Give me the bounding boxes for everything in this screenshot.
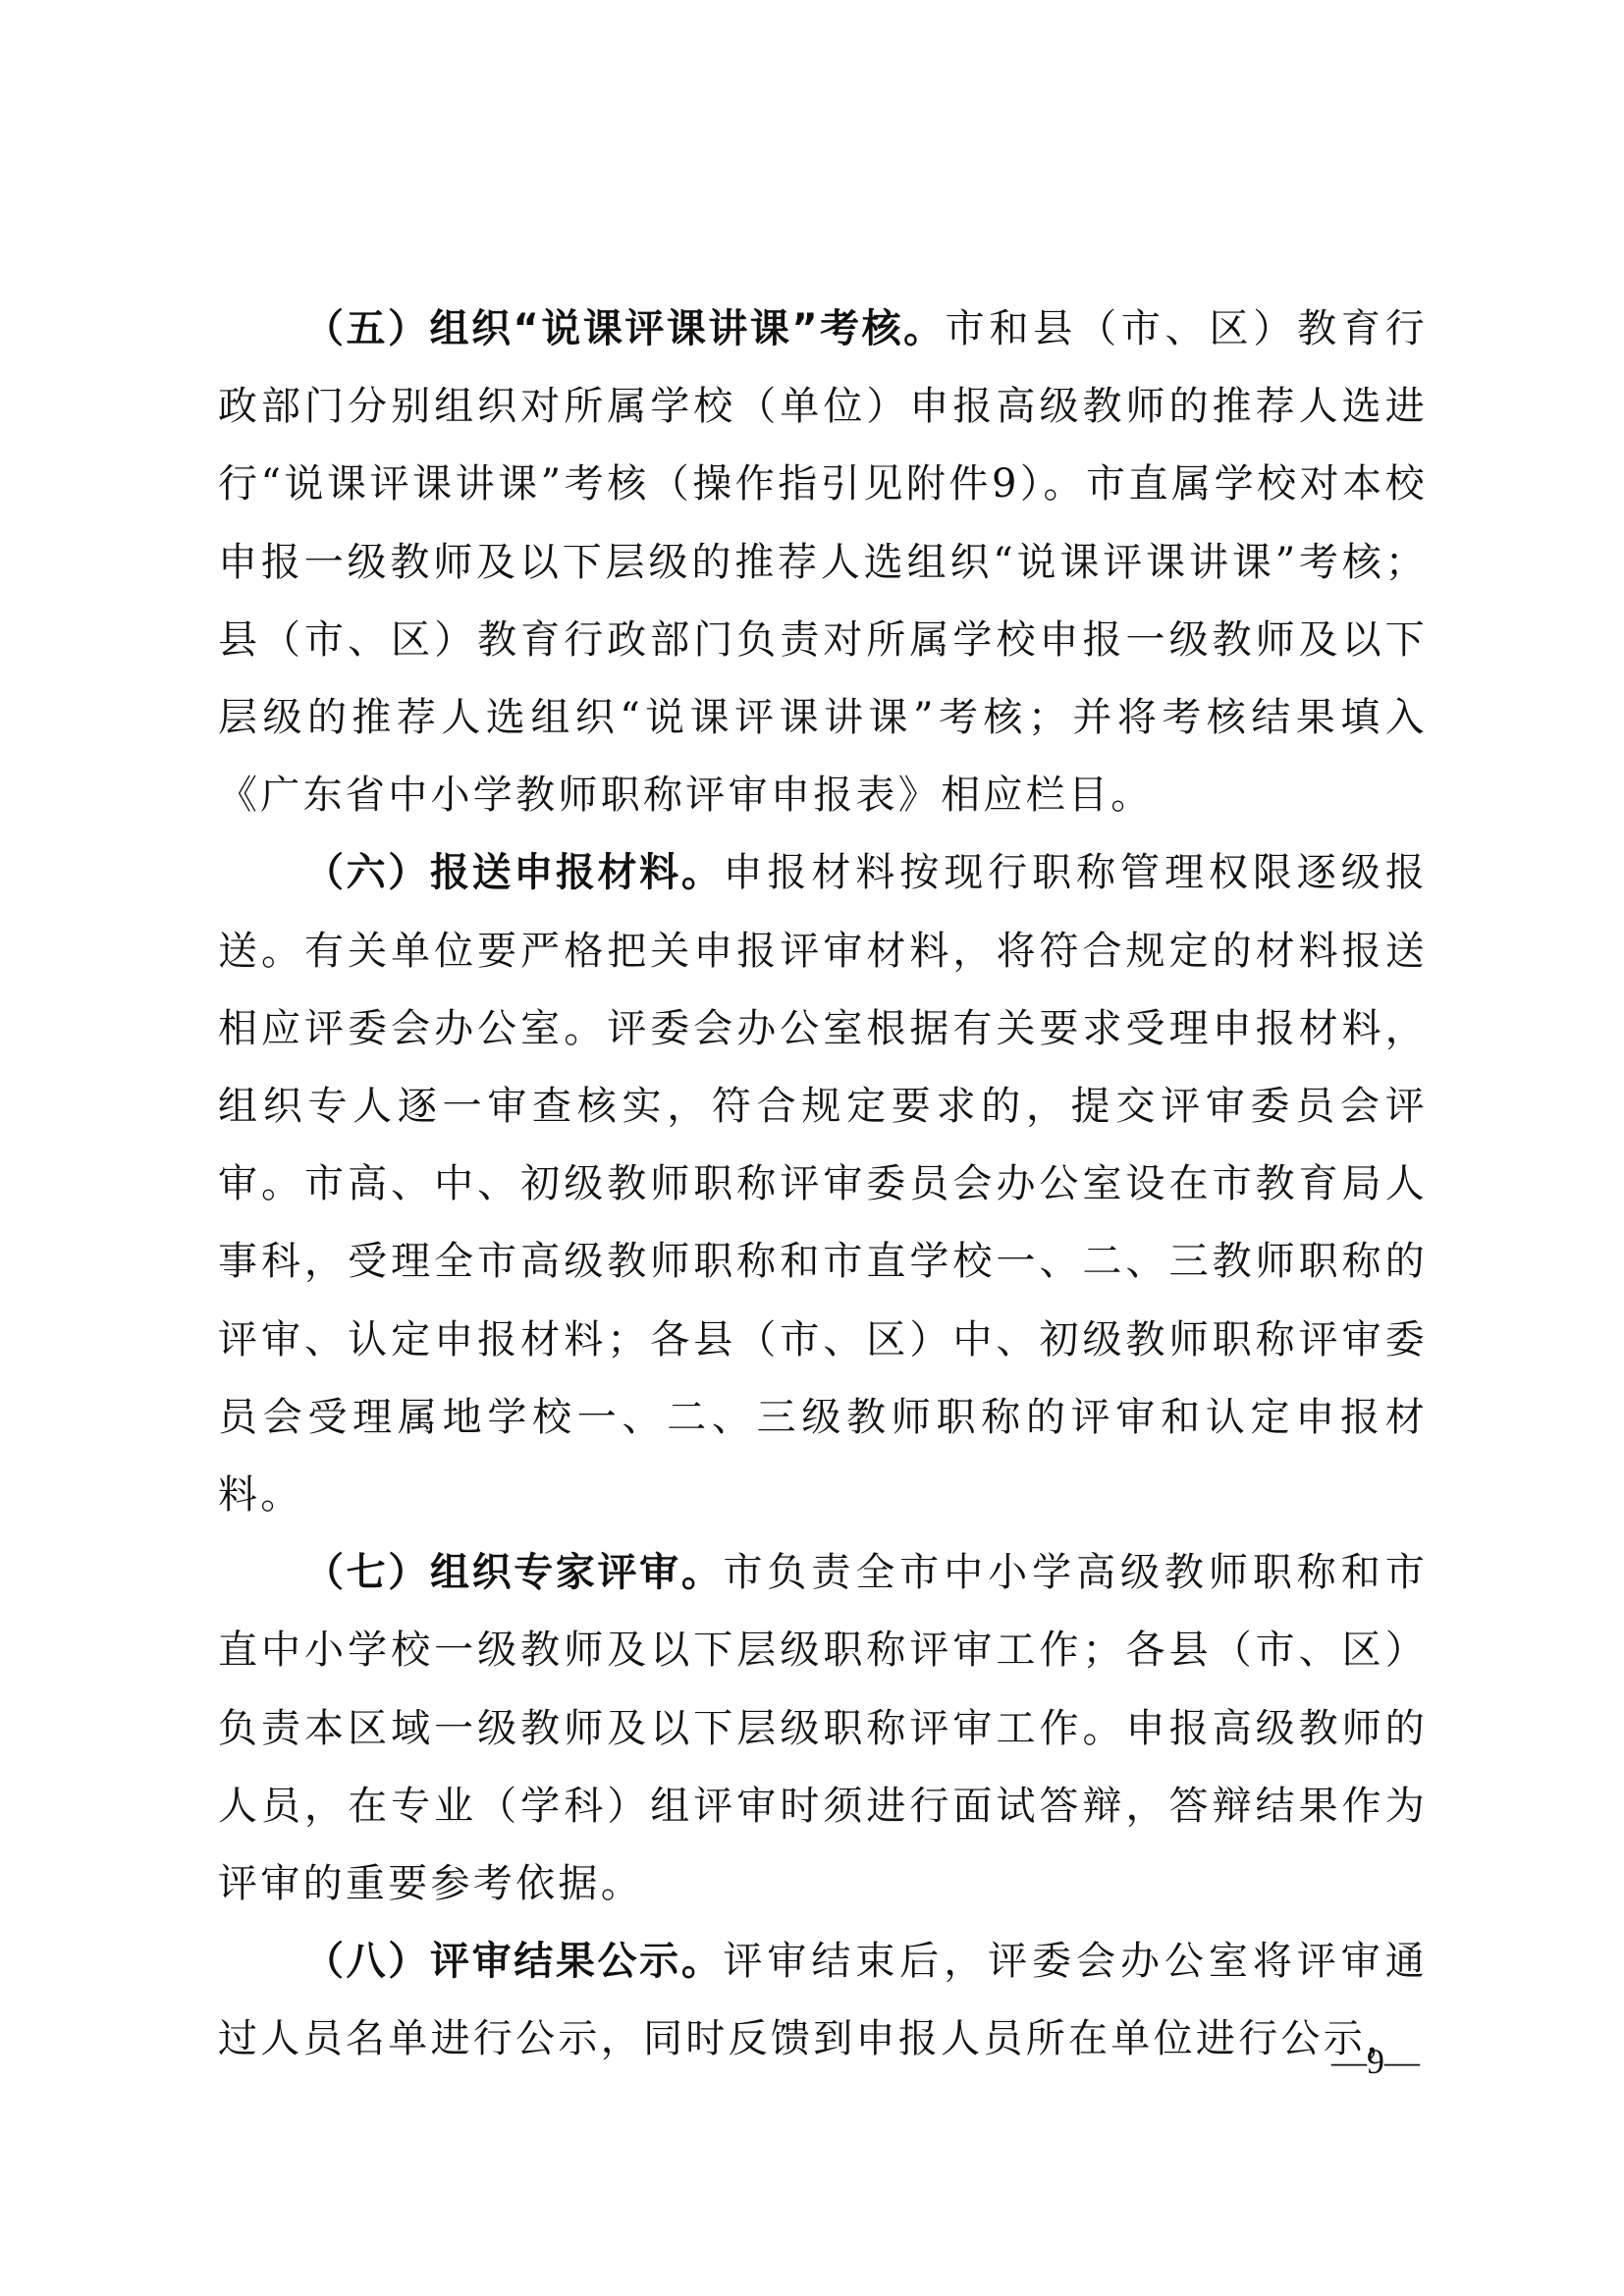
paragraph-organize-lecture-assessment: （五）组织“说课评课讲课”考核。市和县（市、区）教育行政部门分别组织对所属学校（… xyxy=(218,291,1428,834)
document-page: （五）组织“说课评课讲课”考核。市和县（市、区）教育行政部门分别组织对所属学校（… xyxy=(0,0,1624,2296)
paragraph-text: 市负责全市中小学高级教师职称和市直中小学校一级教师及以下层级职称评审工作；各县（… xyxy=(218,1550,1428,1906)
paragraph-heading: （六）报送申报材料。 xyxy=(304,850,723,895)
paragraph-result-publicity: （八）评审结果公示。评审结束后，评委会办公室将评审通过人员名单进行公示，同时反馈… xyxy=(218,1923,1428,2078)
paragraph-heading: （八）评审结果公示。 xyxy=(304,1939,723,1984)
paragraph-heading: （七）组织专家评审。 xyxy=(304,1550,723,1595)
paragraph-text: 市和县（市、区）教育行政部门分别组织对所属学校（单位）申报高级教师的推荐人选进行… xyxy=(218,306,1428,818)
document-body: （五）组织“说课评课讲课”考核。市和县（市、区）教育行政部门分别组织对所属学校（… xyxy=(218,291,1428,2079)
paragraph-submit-materials: （六）报送申报材料。申报材料按现行职称管理权限逐级报送。有关单位要严格把关申报评… xyxy=(218,834,1428,1534)
paragraph-expert-review: （七）组织专家评审。市负责全市中小学高级教师职称和市直中小学校一级教师及以下层级… xyxy=(218,1534,1428,1923)
paragraph-heading: （五）组织“说课评课讲课”考核。 xyxy=(304,306,946,351)
page-number: —9— xyxy=(1326,2042,1426,2081)
paragraph-text: 申报材料按现行职称管理权限逐级报送。有关单位要严格把关申报评审材料，将符合规定的… xyxy=(218,850,1428,1518)
